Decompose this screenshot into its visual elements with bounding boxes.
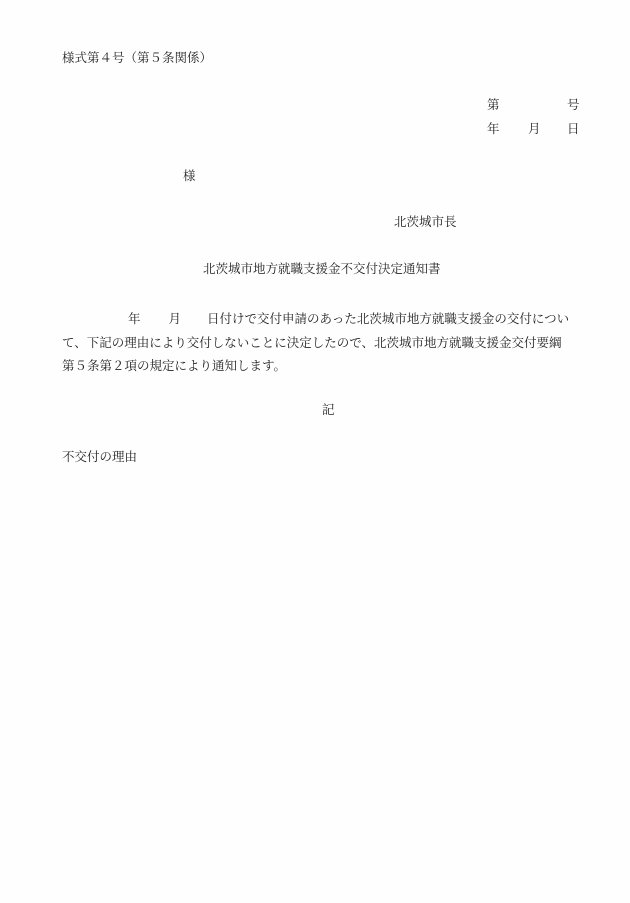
body-month-label: 月 xyxy=(169,311,182,326)
body-paragraph: 年月日付けで交付申請のあった北茨城市地方就職支援金の交付につい て、下記の理由に… xyxy=(62,307,582,378)
date-month-label: 月 xyxy=(528,121,541,137)
reason-label: 不交付の理由 xyxy=(62,449,137,465)
ki-marker: 記 xyxy=(322,402,335,418)
doc-number-suffix: 号 xyxy=(567,97,580,113)
body-line-1-text: 日付けで交付申請のあった北茨城市地方就職支援金の交付につい xyxy=(207,311,569,326)
body-year-label: 年 xyxy=(128,311,141,326)
document-title: 北茨城市地方就職支援金不交付決定通知書 xyxy=(203,261,441,277)
document-page: 様式第４号（第５条関係） 第 号 年 月 日 様 北茨城市長 北茨城市地方就職支… xyxy=(0,0,630,903)
date-day-label: 日 xyxy=(567,121,580,137)
body-line-3: 第５条第２項の規定により通知します。 xyxy=(62,354,582,378)
issuer-name: 北茨城市長 xyxy=(394,214,457,230)
date-year-label: 年 xyxy=(487,121,500,137)
body-line-2: て、下記の理由により交付しないことに決定したので、北茨城市地方就職支援金交付要綱 xyxy=(62,331,582,355)
doc-number-prefix: 第 xyxy=(487,97,500,113)
form-number: 様式第４号（第５条関係） xyxy=(62,50,212,66)
body-line-1: 年月日付けで交付申請のあった北茨城市地方就職支援金の交付につい xyxy=(62,307,582,331)
addressee-honorific: 様 xyxy=(183,168,196,184)
